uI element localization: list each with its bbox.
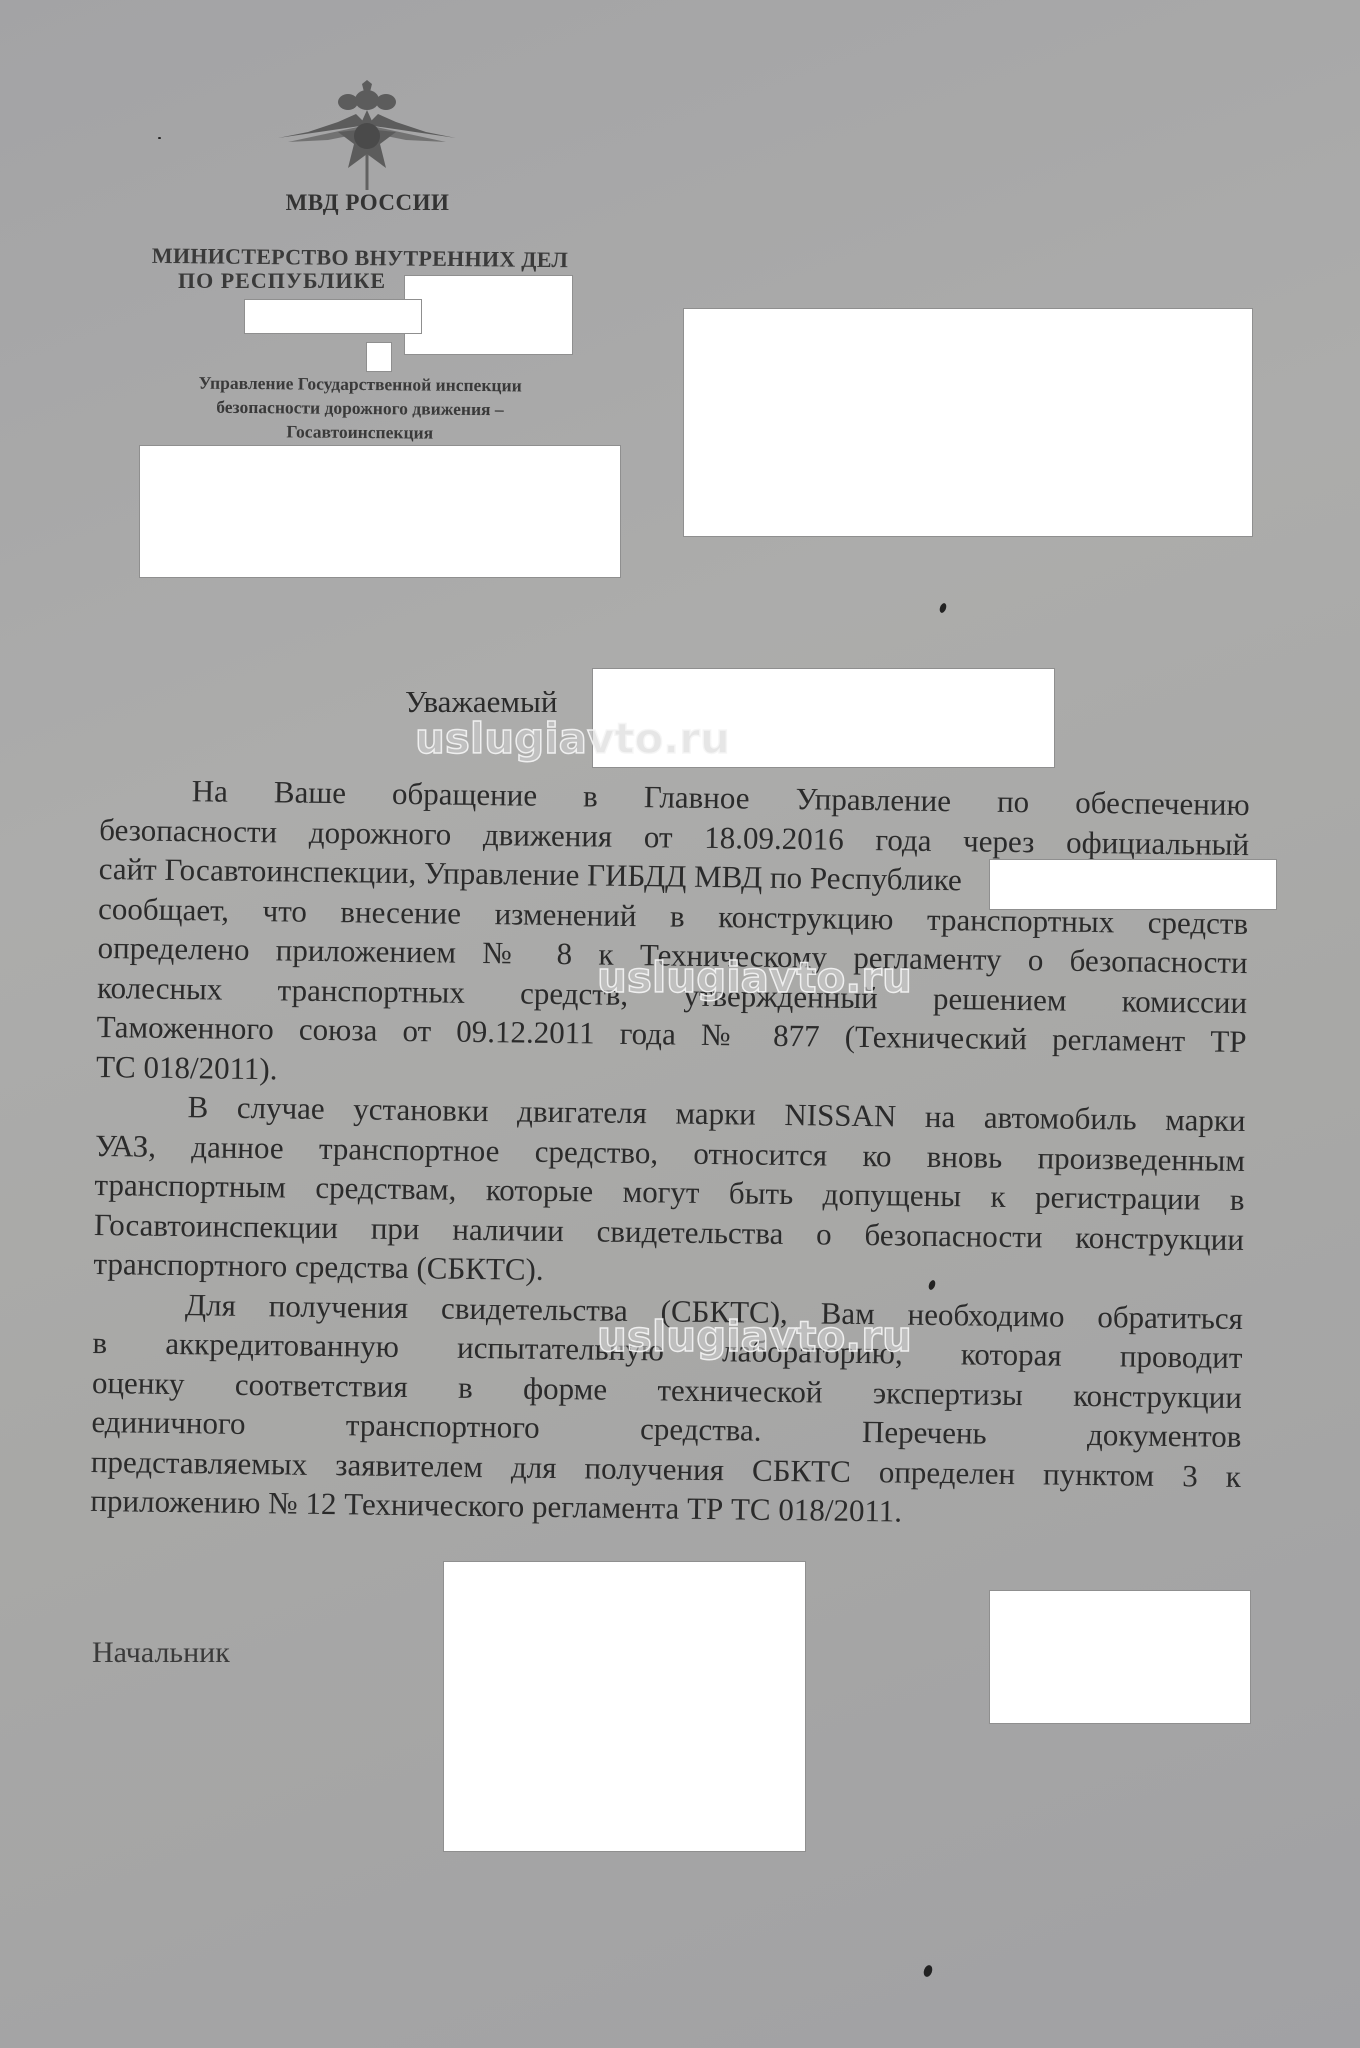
ministry-name-line-2: ПО РЕСПУБЛИКЕ [178,268,418,294]
redaction-header-line [245,300,421,333]
department-line-3: Госавтоинспекция [140,418,580,446]
redaction-header-small [367,343,391,371]
paragraph-1: На Ваше обращение в Главное Управление п… [96,770,1250,1101]
mvd-emblem-icon [268,80,466,192]
redaction-addressee [684,309,1252,536]
paper-speck [158,137,161,139]
watermark: uslugiavto.ru [597,957,912,999]
watermark: uslugiavto.ru [415,718,730,760]
department-name: Управление Государственной инспекции без… [140,370,581,446]
paper-speck [922,1964,934,1978]
paper-speck [938,602,947,613]
redaction-republic-name [405,276,572,354]
signatory-title: Начальник [92,1636,230,1670]
redaction-signature [444,1562,805,1851]
redaction-signatory-name [990,1591,1250,1723]
department-line-1: Управление Государственной инспекции [140,370,580,398]
agency-short-name: МВД РОССИИ [270,190,465,216]
redaction-republic-inline [990,860,1276,909]
paragraph-2: В случае установки двигателя марки NISSA… [93,1086,1245,1299]
watermark: uslugiavto.ru [597,1316,912,1358]
redaction-sender-details [140,446,620,577]
